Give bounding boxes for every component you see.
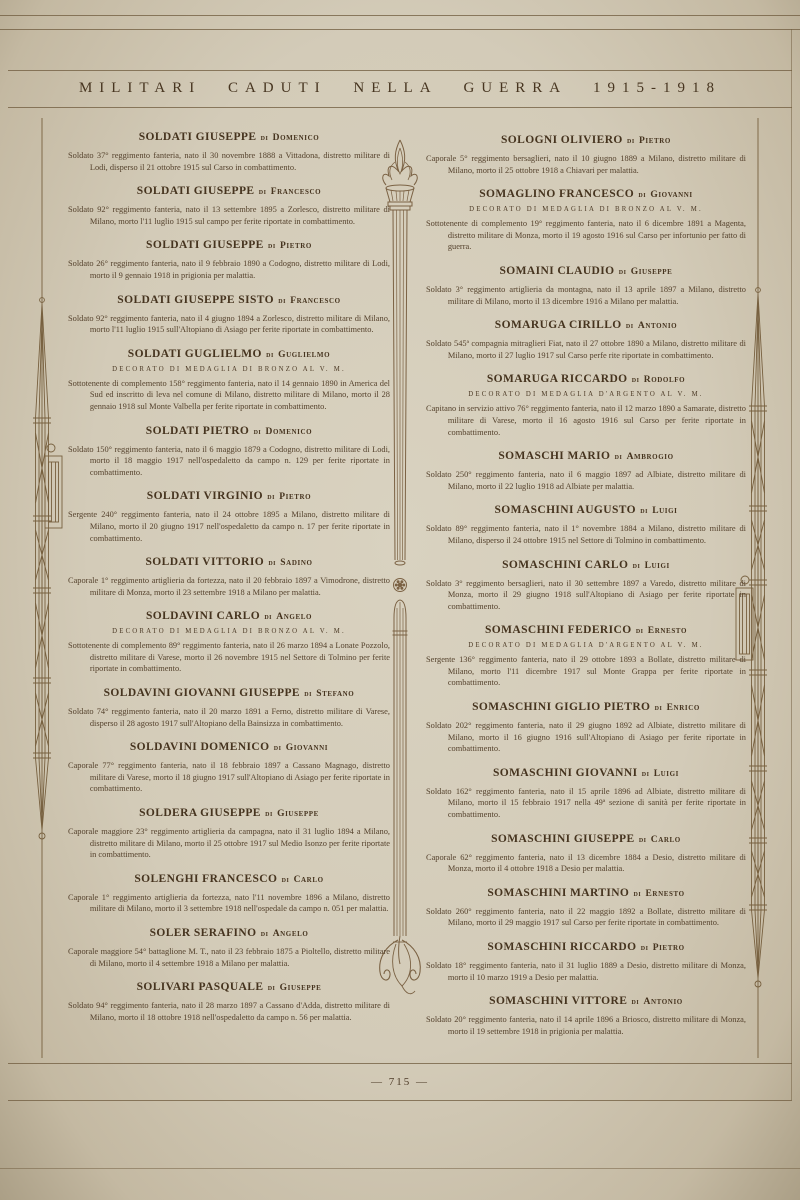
soldier-name-heading: SOMASCHINI AUGUSTO di Luigi: [426, 503, 746, 518]
soldier-record-text: Soldato 89° reggimento fanteria, nato il…: [426, 523, 746, 546]
soldier-entry: SOLDATI VIRGINIO di Pietro Sergente 240°…: [68, 489, 390, 544]
soldier-record-text: Soldato 260° reggimento fanteria, nato i…: [426, 906, 746, 929]
soldier-record-text: Soldato 545ª compagnia mitraglieri Fiat,…: [426, 338, 746, 361]
soldier-name: SOMASCHINI GIUSEPPE: [491, 833, 634, 845]
father-name: Domenico: [273, 133, 320, 143]
soldier-name: SOLDATI VITTORIO: [145, 556, 264, 568]
patronymic-prefix: di: [259, 187, 267, 196]
soldier-record-text: Caporale 5° reggimento bersaglieri, nato…: [426, 153, 746, 176]
patronymic-prefix: di: [268, 983, 276, 992]
soldier-record-text: Caporale maggiore 23° reggimento artigli…: [68, 826, 390, 861]
soldier-name-heading: SOMAGLINO FRANCESCO di Giovanni: [426, 187, 746, 202]
patronymic-prefix: di: [634, 889, 642, 898]
father-name: Luigi: [652, 506, 677, 516]
soldier-record-text: Caporale 1° reggimento artiglieria da fo…: [68, 892, 390, 915]
soldier-entry: SOMARUGA CIRILLO di Antonio Soldato 545ª…: [426, 318, 746, 361]
soldier-name: SOMASCHINI RICCARDO: [487, 941, 636, 953]
top-edge-rule-outer: [0, 15, 800, 16]
patronymic-prefix: di: [282, 875, 290, 884]
soldier-record-text: Caporale 62° reggimento fanteria, nato i…: [426, 852, 746, 875]
patronymic-prefix: di: [278, 296, 286, 305]
patronymic-prefix: di: [265, 809, 273, 818]
soldier-name-heading: SOMASCHINI GIGLIO PIETRO di Enrico: [426, 700, 746, 715]
soldier-name: SOMASCHINI CARLO: [502, 559, 628, 571]
patronymic-prefix: di: [254, 427, 262, 436]
soldier-name-heading: SOLDERA GIUSEPPE di Giuseppe: [68, 806, 390, 821]
soldier-name: SOMASCHINI AUGUSTO: [494, 504, 636, 516]
soldier-name: SOLDATI GIUSEPPE SISTO: [117, 294, 274, 306]
soldier-entry: SOMASCHINI FEDERICO di Ernesto DECORATO …: [426, 623, 746, 689]
father-name: Pietro: [653, 943, 685, 953]
father-name: Pietro: [279, 492, 311, 502]
father-name: Antonio: [644, 997, 683, 1007]
patronymic-prefix: di: [641, 943, 649, 952]
soldier-record-text: Caporale 1° reggimento artiglieria da fo…: [68, 575, 390, 598]
patronymic-prefix: di: [304, 689, 312, 698]
patronymic-prefix: di: [638, 190, 646, 199]
soldier-record-text: Sottotenente di complemento 89° reggimen…: [68, 640, 390, 675]
soldier-name-heading: SOLIVARI PASQUALE di Giuseppe: [68, 980, 390, 995]
soldier-name-heading: SOLDAVINI DOMENICO di Giovanni: [68, 740, 390, 755]
soldier-name: SOMASCHINI MARTINO: [487, 887, 629, 899]
father-name: Giuseppe: [280, 983, 322, 993]
soldier-entry: SOLER SERAFINO di Angelo Caporale maggio…: [68, 926, 390, 969]
father-name: Francesco: [271, 187, 322, 197]
soldier-name-heading: SOMASCHINI FEDERICO di Ernesto: [426, 623, 746, 638]
soldier-name: SOLDATI GIUSEPPE: [137, 185, 255, 197]
soldier-record-text: Soldato 3° reggimento artiglieria da mon…: [426, 284, 746, 307]
soldier-record-text: Soldato 3° reggimento bersaglieri, nato …: [426, 578, 746, 613]
soldier-record-text: Sottotenente di complemento 19° reggimen…: [426, 218, 746, 253]
father-name: Domenico: [266, 427, 313, 437]
soldier-name: SOLENGHI FRANCESCO: [134, 873, 277, 885]
soldier-entry: SOMASCHINI CARLO di Luigi Soldato 3° reg…: [426, 558, 746, 613]
soldier-record-text: Soldato 150° reggimento fanteria, nato i…: [68, 444, 390, 479]
entries-column-left: SOLDATI GIUSEPPE di Domenico Soldato 37°…: [68, 130, 390, 1034]
father-name: Francesco: [290, 296, 341, 306]
soldier-entry: SOLDERA GIUSEPPE di Giuseppe Caporale ma…: [68, 806, 390, 861]
soldier-name: SOLOGNI OLIVIERO: [501, 134, 623, 146]
fasces-border-left-icon: [14, 118, 66, 1058]
soldier-record-text: Sergente 136° reggimento fanteria, nato …: [426, 654, 746, 689]
soldier-record-text: Capitano in servizio attivo 76° reggimen…: [426, 403, 746, 438]
father-name: Rodolfo: [644, 375, 685, 385]
soldier-name: SOLDATI GIUSEPPE: [139, 131, 257, 143]
soldier-name: SOMASCHINI GIGLIO PIETRO: [472, 701, 650, 713]
patronymic-prefix: di: [627, 136, 635, 145]
soldier-entry: SOLIVARI PASQUALE di Giuseppe Soldato 94…: [68, 980, 390, 1023]
soldier-name-heading: SOLDATI GIUSEPPE di Francesco: [68, 184, 390, 199]
soldier-name-heading: SOMASCHINI GIOVANNI di Luigi: [426, 766, 746, 781]
decoration-line: DECORATO DI MEDAGLIA D'ARGENTO AL V. M.: [426, 391, 746, 398]
patronymic-prefix: di: [261, 929, 269, 938]
father-name: Giuseppe: [277, 809, 319, 819]
soldier-entry: SOLOGNI OLIVIERO di Pietro Caporale 5° r…: [426, 133, 746, 176]
soldier-record-text: Soldato 162° reggimento fanteria, nato i…: [426, 786, 746, 821]
soldier-name-heading: SOMASCHINI MARTINO di Ernesto: [426, 886, 746, 901]
soldier-name: SOMASCHINI GIOVANNI: [493, 767, 637, 779]
decoration-line: DECORATO DI MEDAGLIA D'ARGENTO AL V. M.: [426, 642, 746, 649]
father-name: Angelo: [273, 929, 309, 939]
decoration-line: DECORATO DI MEDAGLIA DI BRONZO AL V. M.: [68, 366, 390, 373]
soldier-entry: SOMASCHINI AUGUSTO di Luigi Soldato 89° …: [426, 503, 746, 546]
soldier-record-text: Sergente 240° reggimento fanteria, nato …: [68, 509, 390, 544]
soldier-name-heading: SOMARUGA RICCARDO di Rodolfo: [426, 372, 746, 387]
soldier-name-heading: SOLDATI PIETRO di Domenico: [68, 424, 390, 439]
soldier-record-text: Soldato 18° reggimento fanteria, nato il…: [426, 960, 746, 983]
father-name: Sadino: [280, 558, 312, 568]
soldier-record-text: Soldato 250° reggimento fanteria, nato i…: [426, 469, 746, 492]
soldier-record-text: Soldato 92° reggimento fanteria, nato il…: [68, 204, 390, 227]
patronymic-prefix: di: [640, 506, 648, 515]
soldier-entry: SOLDATI GIUSEPPE SISTO di Francesco Sold…: [68, 293, 390, 336]
soldier-record-text: Caporale 77° reggimento fanteria, nato i…: [68, 760, 390, 795]
soldier-entry: SOLDATI GIUSEPPE di Domenico Soldato 37°…: [68, 130, 390, 173]
soldier-entry: SOMASCHINI RICCARDO di Pietro Soldato 18…: [426, 940, 746, 983]
father-name: Ernesto: [648, 626, 687, 636]
father-name: Angelo: [276, 612, 312, 622]
father-name: Luigi: [654, 769, 679, 779]
soldier-name-heading: SOMASCHINI CARLO di Luigi: [426, 558, 746, 573]
soldier-record-text: Soldato 92° reggimento fanteria, nato il…: [68, 313, 390, 336]
soldier-name: SOMARUGA RICCARDO: [487, 373, 628, 385]
soldier-name: SOLDATI PIETRO: [146, 425, 249, 437]
patronymic-prefix: di: [655, 703, 663, 712]
soldier-entry: SOLDAVINI GIOVANNI GIUSEPPE di Stefano S…: [68, 686, 390, 729]
soldier-name: SOMASCHINI VITTORE: [489, 995, 627, 1007]
soldier-entry: SOLDATI VITTORIO di Sadino Caporale 1° r…: [68, 555, 390, 598]
soldier-name-heading: SOLENGHI FRANCESCO di Carlo: [68, 872, 390, 887]
patronymic-prefix: di: [267, 492, 275, 501]
bottom-edge-rule: [0, 1168, 800, 1169]
soldier-name: SOLER SERAFINO: [150, 927, 257, 939]
soldier-entry: SOLDATI GIUSEPPE di Pietro Soldato 26° r…: [68, 238, 390, 281]
patronymic-prefix: di: [264, 612, 272, 621]
soldier-record-text: Soldato 202° reggimento fanteria, nato i…: [426, 720, 746, 755]
patronymic-prefix: di: [632, 375, 640, 384]
patronymic-prefix: di: [619, 267, 627, 276]
soldier-entry: SOMASCHI MARIO di Ambrogio Soldato 250° …: [426, 449, 746, 492]
soldier-name-heading: SOMASCHINI GIUSEPPE di Carlo: [426, 832, 746, 847]
patronymic-prefix: di: [266, 350, 274, 359]
patronymic-prefix: di: [632, 997, 640, 1006]
soldier-entry: SOMASCHINI GIUSEPPE di Carlo Caporale 62…: [426, 832, 746, 875]
soldier-record-text: Soldato 26° reggimento fanteria, nato il…: [68, 258, 390, 281]
soldier-name-heading: SOMASCHINI VITTORE di Antonio: [426, 994, 746, 1009]
soldier-name: SOLDAVINI DOMENICO: [130, 741, 270, 753]
soldier-entry: SOMASCHINI GIGLIO PIETRO di Enrico Solda…: [426, 700, 746, 755]
soldier-entry: SOLDAVINI DOMENICO di Giovanni Caporale …: [68, 740, 390, 795]
soldier-name-heading: SOLDAVINI CARLO di Angelo: [68, 609, 390, 624]
father-name: Giovanni: [650, 190, 692, 200]
soldier-name-heading: SOLDATI VIRGINIO di Pietro: [68, 489, 390, 504]
soldier-record-text: Caporale maggiore 54° battaglione M. T.,…: [68, 946, 390, 969]
soldier-name: SOLDATI GUGLIELMO: [128, 348, 262, 360]
soldier-entry: SOLDATI PIETRO di Domenico Soldato 150° …: [68, 424, 390, 479]
soldier-name-heading: SOLDATI VITTORIO di Sadino: [68, 555, 390, 570]
soldier-record-text: Soldato 94° reggimento fanteria, nato il…: [68, 1000, 390, 1023]
soldier-name-heading: SOMAINI CLAUDIO di Giuseppe: [426, 264, 746, 279]
father-name: Carlo: [651, 835, 681, 845]
page-title: MILITARI CADUTI NELLA GUERRA 1915-1918: [8, 70, 792, 107]
father-name: Pietro: [639, 136, 671, 146]
father-name: Antonio: [638, 321, 677, 331]
patronymic-prefix: di: [636, 626, 644, 635]
soldier-entry: SOLENGHI FRANCESCO di Carlo Caporale 1° …: [68, 872, 390, 915]
soldier-name-heading: SOLER SERAFINO di Angelo: [68, 926, 390, 941]
patronymic-prefix: di: [268, 241, 276, 250]
patronymic-prefix: di: [615, 452, 623, 461]
soldier-name: SOLDAVINI CARLO: [146, 610, 260, 622]
scanned-book-page: MILITARI CADUTI NELLA GUERRA 1915-1918: [0, 0, 800, 1200]
patronymic-prefix: di: [261, 133, 269, 142]
soldier-entry: SOLDATI GUGLIELMO di Guglielmo DECORATO …: [68, 347, 390, 413]
soldier-entry: SOMASCHINI VITTORE di Antonio Soldato 20…: [426, 994, 746, 1037]
father-name: Giuseppe: [631, 267, 673, 277]
soldier-name-heading: SOMARUGA CIRILLO di Antonio: [426, 318, 746, 333]
patronymic-prefix: di: [274, 743, 282, 752]
soldier-record-text: Soldato 74° reggimento fanteria, nato il…: [68, 706, 390, 729]
soldier-entry: SOMAINI CLAUDIO di Giuseppe Soldato 3° r…: [426, 264, 746, 307]
soldier-name-heading: SOLOGNI OLIVIERO di Pietro: [426, 133, 746, 148]
soldier-name-heading: SOMASCHI MARIO di Ambrogio: [426, 449, 746, 464]
footer-rule-bottom: [8, 1100, 792, 1101]
father-name: Stefano: [316, 689, 354, 699]
soldier-entry: SOMASCHINI MARTINO di Ernesto Soldato 26…: [426, 886, 746, 929]
soldier-record-text: Soldato 20° reggimento fanteria, nato il…: [426, 1014, 746, 1037]
masthead-rule-bottom: [8, 107, 792, 108]
soldier-entry: SOLDAVINI CARLO di Angelo DECORATO DI ME…: [68, 609, 390, 675]
father-name: Carlo: [294, 875, 324, 885]
soldier-entry: SOMARUGA RICCARDO di Rodolfo DECORATO DI…: [426, 372, 746, 438]
patronymic-prefix: di: [639, 835, 647, 844]
soldier-name-heading: SOLDATI GUGLIELMO di Guglielmo: [68, 347, 390, 362]
patronymic-prefix: di: [626, 321, 634, 330]
right-edge-rule: [791, 29, 792, 1100]
soldier-name: SOMARUGA CIRILLO: [495, 319, 622, 331]
soldier-name: SOMAINI CLAUDIO: [500, 265, 615, 277]
soldier-name: SOMAGLINO FRANCESCO: [479, 188, 634, 200]
father-name: Pietro: [280, 241, 312, 251]
soldier-name: SOLIVARI PASQUALE: [137, 981, 264, 993]
patronymic-prefix: di: [633, 561, 641, 570]
entries-column-right: SOLOGNI OLIVIERO di Pietro Caporale 5° r…: [426, 133, 746, 1048]
patronymic-prefix: di: [268, 558, 276, 567]
soldier-name-heading: SOLDAVINI GIOVANNI GIUSEPPE di Stefano: [68, 686, 390, 701]
page-number: — 715 —: [8, 1063, 792, 1100]
father-name: Guglielmo: [278, 350, 330, 360]
decoration-line: DECORATO DI MEDAGLIA DI BRONZO AL V. M.: [68, 628, 390, 635]
soldier-entry: SOLDATI GIUSEPPE di Francesco Soldato 92…: [68, 184, 390, 227]
father-name: Ernesto: [645, 889, 684, 899]
father-name: Ambrogio: [627, 452, 674, 462]
soldier-name: SOLDATI GIUSEPPE: [146, 239, 264, 251]
decoration-line: DECORATO DI MEDAGLIA DI BRONZO AL V. M.: [426, 206, 746, 213]
father-name: Enrico: [667, 703, 700, 713]
soldier-record-text: Sottotenente di complemento 158° reggime…: [68, 378, 390, 413]
soldier-name-heading: SOLDATI GIUSEPPE di Pietro: [68, 238, 390, 253]
soldier-name: SOMASCHI MARIO: [498, 450, 610, 462]
soldier-entry: SOMASCHINI GIOVANNI di Luigi Soldato 162…: [426, 766, 746, 821]
father-name: Giovanni: [286, 743, 328, 753]
patronymic-prefix: di: [642, 769, 650, 778]
soldier-entry: SOMAGLINO FRANCESCO di Giovanni DECORATO…: [426, 187, 746, 253]
soldier-record-text: Soldato 37° reggimento fanteria, nato il…: [68, 150, 390, 173]
soldier-name: SOLDATI VIRGINIO: [147, 490, 263, 502]
soldier-name-heading: SOLDATI GIUSEPPE di Domenico: [68, 130, 390, 145]
soldier-name: SOMASCHINI FEDERICO: [485, 624, 632, 636]
soldier-name-heading: SOMASCHINI RICCARDO di Pietro: [426, 940, 746, 955]
soldier-name: SOLDERA GIUSEPPE: [139, 807, 261, 819]
soldier-name: SOLDAVINI GIOVANNI GIUSEPPE: [104, 687, 300, 699]
top-edge-rule-inner: [0, 29, 800, 30]
father-name: Luigi: [645, 561, 670, 571]
soldier-name-heading: SOLDATI GIUSEPPE SISTO di Francesco: [68, 293, 390, 308]
